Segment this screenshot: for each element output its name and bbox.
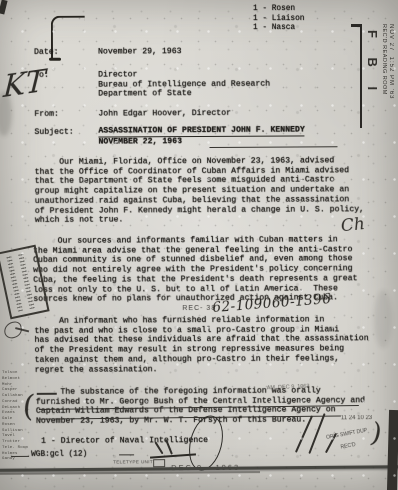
typed-content: Date: November 29, 1963 To: Director Bur… (0, 0, 398, 490)
handwritten-curly-mark: ( (21, 388, 36, 424)
handwritten-bracket-foot (49, 58, 61, 61)
paragraph-3: An informant who has furnished reliable … (34, 315, 368, 375)
subject-date: NOVEMBER 22, 1963 (98, 137, 182, 147)
subject-label: Subject: (34, 128, 73, 138)
handwritten-initials-margin: KT (2, 63, 46, 105)
to-value: Director Bureau of Intelligence and Rese… (98, 70, 270, 100)
teletype-checkbox (153, 459, 165, 467)
subject-underline-tail (209, 146, 337, 148)
duplicate-stamp-line2: REC'D (340, 442, 356, 451)
from-label: From: (34, 110, 59, 120)
subject-title: ASSASSINATION OF PRESIDENT JOHN F. KENNE… (98, 125, 304, 137)
cc-naval-intelligence: 1 - Director of Naval Intelligence (41, 436, 208, 447)
rec-number-stamp: REC- 38 (182, 305, 216, 312)
teletype-unit-label: TELETYPE UNIT (113, 459, 153, 464)
date-value: November 29, 1963 (98, 47, 182, 57)
dash-after-typist (119, 454, 134, 455)
date-label: Date: (34, 48, 59, 58)
handwritten-initials-para1: Ch (340, 214, 366, 237)
scan-dark-bar (387, 410, 398, 490)
paragraph-1: Our Miami, Florida, Office on November 2… (35, 156, 365, 226)
scanned-fbi-memo-page: 1 - Rosen 1 - Liaison 1 - Nasca NOV 27 1… (0, 0, 398, 490)
margin-numbers: 11 24 10 23 (341, 415, 372, 421)
dash-before-typist (11, 455, 29, 456)
from-value: John Edgar Hoover, Director (98, 109, 231, 119)
typist-initials: WGB:gcl (12) (31, 451, 87, 461)
